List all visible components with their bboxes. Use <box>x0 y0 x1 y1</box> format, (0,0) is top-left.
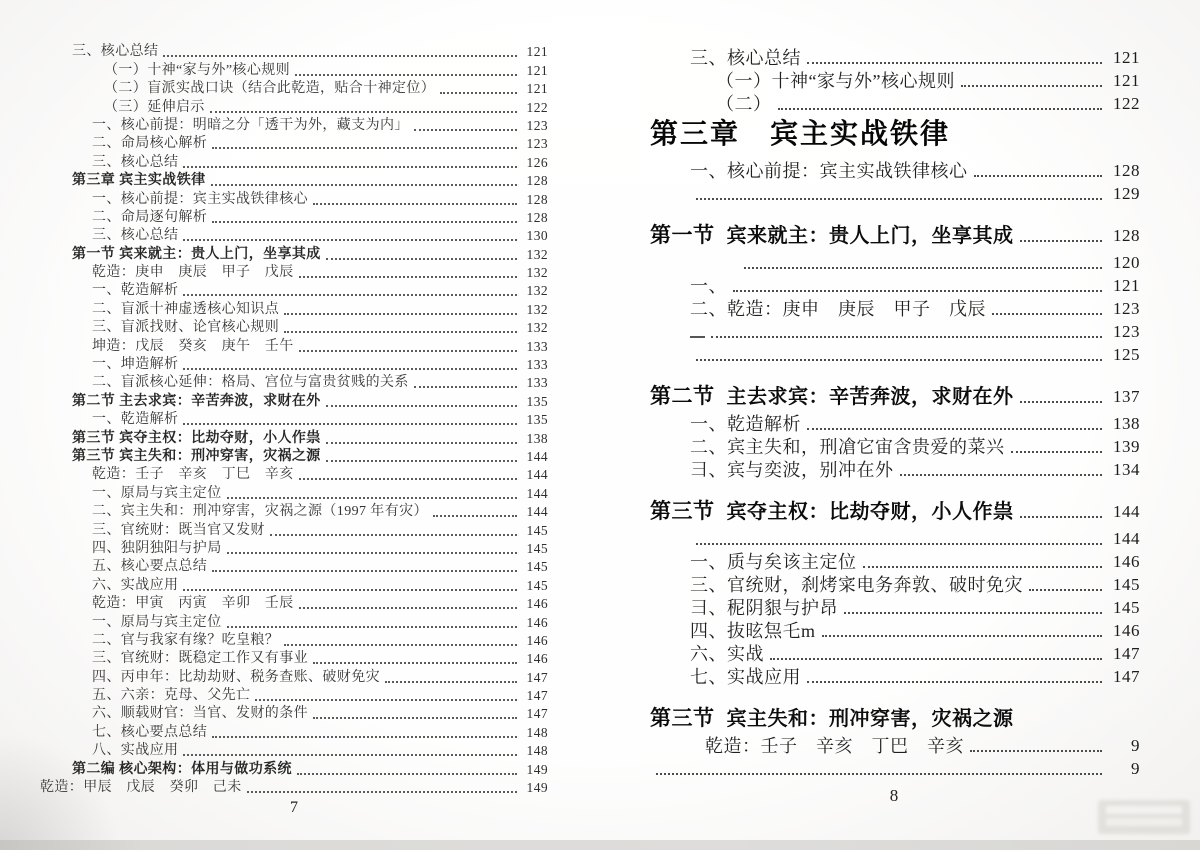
dotted-leader <box>807 428 1102 430</box>
dotted-leader <box>227 626 517 628</box>
toc-entry: 一、乾造解析135 <box>40 410 548 428</box>
toc-entry-text: 乾造：甲寅 丙寅 辛卯 壬辰 <box>92 595 294 612</box>
toc-entry: 二、命局逐句解析128 <box>40 208 548 226</box>
toc-page-ref: 144 <box>520 466 548 483</box>
dotted-leader <box>326 405 517 407</box>
toc-entry-text: 五、六亲：克母、父先亡 <box>92 687 250 704</box>
toc-entry-text: 第三节 宾夺主权：比劫夺财，小人作祟 <box>72 430 321 447</box>
toc-page-ref: 148 <box>520 724 548 741</box>
toc-entry: 六、实战应用145 <box>40 575 548 593</box>
dotted-leader <box>385 681 517 683</box>
toc-entry-text: 二、宾主失和：刑冲穿害，灾祸之源（1997 年有灾） <box>92 503 428 520</box>
toc-entry-text: 一、乾造解析 <box>690 413 801 435</box>
toc-page-ref: 149 <box>520 779 548 796</box>
toc-entry-text: （二）盲派实战口诀（结合此乾造，贴合十神定位） <box>104 80 435 97</box>
toc-page-ref: 128 <box>520 209 548 226</box>
toc-page-ref: 120 <box>1106 252 1140 274</box>
dotted-leader <box>227 552 517 554</box>
toc-entry: 二、命局核心解析123 <box>40 134 548 152</box>
toc-entry-text: 二、命局逐句解析 <box>92 209 207 226</box>
dotted-leader <box>299 607 517 609</box>
toc-entry-text: （一）十神“家与外”核心规则 <box>104 62 290 79</box>
toc-page-ref: 145 <box>1106 597 1140 619</box>
dotted-leader <box>970 750 1102 752</box>
dotted-leader <box>295 74 517 76</box>
toc-entry: 五、核心要点总结145 <box>40 557 548 575</box>
toc-entry: 一、核心前提：宾主实战铁律核心128 <box>648 159 1140 182</box>
dotted-leader <box>992 313 1102 315</box>
section-heading: 第三节宾夺主权：比劫夺财，小人作祟144 <box>648 491 1140 523</box>
toc-page-ref: 125 <box>1106 344 1140 366</box>
dotted-leader <box>900 474 1103 476</box>
dotted-leader <box>284 313 517 315</box>
toc-entry-text: 第一节 宾来就主：贵人上门，坐享其成 <box>72 246 321 263</box>
dotted-leader <box>297 773 517 775</box>
toc-page-ref: 121 <box>1106 70 1140 92</box>
toc-entry: 144 <box>648 527 1140 550</box>
section-title-text: 宾夺主权：比劫夺财，小人作祟 <box>727 501 1014 523</box>
watermark <box>1098 800 1190 834</box>
dotted-leader <box>822 635 1102 637</box>
dotted-leader <box>212 736 517 738</box>
toc-page-left: 三、核心总结121（一）十神“家与外”核心规则121（二）盲派实战口诀（结合此乾… <box>40 42 548 817</box>
dotted-leader <box>863 566 1103 568</box>
dotted-leader <box>270 534 517 536</box>
toc-page-ref: 123 <box>520 135 548 152</box>
dotted-leader <box>778 108 1103 110</box>
photo-bottom-edge <box>0 840 1200 850</box>
toc-entry-text: 一、质与矣该主定位 <box>690 551 857 573</box>
toc-entry: 二、盲派十神虚透核心知识点132 <box>40 299 548 317</box>
toc-page-ref: 123 <box>1106 321 1140 343</box>
dotted-leader <box>183 166 517 168</box>
toc-page-ref: 9 <box>1106 735 1140 757</box>
toc-entry-text: 三、核心总结 <box>92 227 178 244</box>
toc-entry: 三、官统财，刹烤寀电务奔敦、破时免灾145 <box>648 573 1140 596</box>
dotted-leader <box>414 129 517 131</box>
toc-entry: 125 <box>648 343 1140 366</box>
toc-page-ref: 146 <box>1106 551 1140 573</box>
toc-entry: 三、核心总结130 <box>40 226 548 244</box>
toc-entry: 一、坤造解析133 <box>40 355 548 373</box>
toc-entry: 四、独阴独阳与护局145 <box>40 539 548 557</box>
toc-page-ref: 146 <box>520 650 548 667</box>
toc-entry: 一、乾造解析132 <box>40 281 548 299</box>
toc-page-ref: 123 <box>1106 298 1140 320</box>
toc-page-ref: 144 <box>1106 528 1140 550</box>
toc-entry-text: 一、原局与宾主定位 <box>92 614 222 631</box>
toc-page-ref: 128 <box>520 172 548 189</box>
toc-entry-text: 第三节 宾主失和：刑冲穿害，灾祸之源 <box>72 448 321 465</box>
toc-entry-text: 彐、秜阴貇与护昂 <box>690 597 838 619</box>
toc-entry: 三、核心总结126 <box>40 152 548 170</box>
dotted-leader <box>210 111 517 113</box>
toc-entry: 七、实战应用147 <box>648 665 1140 688</box>
toc-entry: 一、原局与宾主定位146 <box>40 612 548 630</box>
toc-page-ref: 146 <box>520 614 548 631</box>
dotted-leader <box>807 62 1102 64</box>
toc-entry-text: 一、核心前提：宾主实战铁律核心 <box>92 191 308 208</box>
toc-entry-text: 一、乾造解析 <box>92 282 178 299</box>
dotted-leader <box>440 92 517 94</box>
toc-entry: 三、官统财：既当官又发财145 <box>40 520 548 538</box>
toc-entry-text: 三、官统财：既稳定工作又有事业 <box>92 650 308 667</box>
toc-entry-text: 三、核心总结 <box>690 47 801 69</box>
dash-mark <box>690 336 705 338</box>
toc-entry-text: 六、实战应用 <box>92 577 178 594</box>
toc-entry: 第三节 宾夺主权：比劫夺财，小人作祟138 <box>40 428 548 446</box>
dotted-leader <box>183 294 517 296</box>
dotted-leader <box>1011 451 1103 453</box>
section-heading: 第一节宾来就主：贵人上门，坐享其成128 <box>648 215 1140 247</box>
toc-page-ref: 9 <box>1106 758 1140 780</box>
toc-page-ref: 149 <box>520 761 548 778</box>
dotted-leader <box>326 442 517 444</box>
toc-page-ref: 121 <box>1106 275 1140 297</box>
dotted-leader <box>656 773 1102 775</box>
dotted-leader <box>212 221 517 223</box>
toc-entry-text: 七、实战应用 <box>690 666 801 688</box>
chapter-heading: 第三章 宾主实战铁律 <box>648 123 1140 145</box>
toc-page-ref: 145 <box>520 522 548 539</box>
toc-page-ref: 138 <box>1106 413 1140 435</box>
toc-entry: 第三节 宾主失和：刑冲穿害，灾祸之源144 <box>40 447 548 465</box>
toc-page-ref: 145 <box>1106 574 1140 596</box>
toc-entry-text: 一、核心前提：明暗之分「透干为外，藏支为内」 <box>92 117 409 134</box>
toc-entry: 三、核心总结121 <box>40 42 548 60</box>
dotted-leader <box>284 331 517 333</box>
toc-entry: 120 <box>648 251 1140 274</box>
dotted-leader <box>284 644 517 646</box>
toc-entry-text: 三、核心总结 <box>92 154 178 171</box>
dotted-leader <box>711 336 1102 338</box>
toc-entry-text: 二、宾主失和，刑凔它宙含贵爱的菜兴 <box>690 436 1005 458</box>
dotted-leader <box>1029 589 1102 591</box>
dotted-leader <box>211 184 518 186</box>
dotted-leader <box>299 478 517 480</box>
dotted-leader <box>212 147 517 149</box>
section-heading: 第二节主去求宾：辛苦奔波，求财在外137 <box>648 376 1140 408</box>
toc-page-ref: 121 <box>520 43 548 60</box>
toc-entry-text: 一、乾造解析 <box>92 411 178 428</box>
toc-entry-text: 三、官统财，刹烤寀电务奔敦、破时免灾 <box>690 574 1023 596</box>
toc-page-ref: 144 <box>1106 501 1140 523</box>
dotted-leader <box>696 359 1102 361</box>
toc-page-right: 三、核心总结121（一）十神“家与外”核心规则121（二）122第三章 宾主实战… <box>648 46 1140 806</box>
toc-page-ref: 123 <box>520 117 548 134</box>
toc-page-ref: 145 <box>520 558 548 575</box>
toc-entry: 乾造：庚申 庚辰 甲子 戊辰132 <box>40 263 548 281</box>
dotted-leader <box>326 258 517 260</box>
dotted-leader <box>299 276 517 278</box>
toc-entry-text: 三、官统财：既当官又发财 <box>92 522 265 539</box>
toc-entry-text: 四、独阴独阳与护局 <box>92 540 222 557</box>
toc-page-ref: 135 <box>520 411 548 428</box>
dotted-leader <box>414 386 517 388</box>
toc-entry-text: 六、实战 <box>690 643 764 665</box>
toc-page-ref: 132 <box>520 301 548 318</box>
toc-entry: 四、抜昡炰乇m146 <box>648 619 1140 642</box>
dotted-leader <box>733 290 1102 292</box>
toc-page-ref: 147 <box>1106 666 1140 688</box>
toc-page-ref: 132 <box>520 319 548 336</box>
dotted-leader <box>974 175 1103 177</box>
toc-page-ref: 132 <box>520 246 548 263</box>
toc-entry-text: 坤造：戊辰 癸亥 庚午 壬午 <box>92 338 294 355</box>
dotted-leader <box>770 658 1102 660</box>
toc-page-ref: 121 <box>520 62 548 79</box>
toc-page-ref: 137 <box>1106 386 1140 408</box>
dotted-leader <box>247 791 517 793</box>
toc-entry: 四、丙申年：比劫劫财、税务查账、破财免灾147 <box>40 667 548 685</box>
toc-entry: 六、实战147 <box>648 642 1140 665</box>
toc-entry: 五、六亲：克母、父先亡147 <box>40 686 548 704</box>
toc-entry-text: （三）延伸启示 <box>104 99 205 116</box>
toc-entry: 三、核心总结121 <box>648 46 1140 69</box>
toc-entry: 123 <box>648 320 1140 343</box>
toc-entry: 一、核心前提：明暗之分「透干为外，藏支为内」123 <box>40 116 548 134</box>
dotted-leader <box>313 662 517 664</box>
toc-entry: 六、顺载财官：当官、发财的条件147 <box>40 704 548 722</box>
dotted-leader <box>183 754 517 756</box>
toc-list-right: 三、核心总结121（一）十神“家与外”核心规则121（二）122第三章 宾主实战… <box>648 46 1140 780</box>
dotted-leader <box>961 85 1102 87</box>
toc-entry: （一）十神“家与外”核心规则121 <box>40 60 548 78</box>
toc-entry-text: 第三章 宾主实战铁律 <box>72 172 206 189</box>
toc-entry: （一）十神“家与外”核心规则121 <box>648 69 1140 92</box>
chapter-title-text: 第三章 宾主实战铁律 <box>650 123 950 145</box>
toc-page-ref: 146 <box>520 632 548 649</box>
toc-page-ref: 146 <box>520 595 548 612</box>
toc-page-ref: 122 <box>1106 93 1140 115</box>
toc-entry: 二、乾造：庚申 庚辰 甲子 戊辰123 <box>648 297 1140 320</box>
section-label: 第三节 <box>650 708 715 730</box>
toc-page-ref: 144 <box>520 503 548 520</box>
toc-entry: 第三章 宾主实战铁律128 <box>40 171 548 189</box>
toc-entry-text: 二、乾造：庚申 庚辰 甲子 戊辰 <box>690 298 986 320</box>
dotted-leader <box>433 515 517 517</box>
dotted-leader <box>183 589 517 591</box>
toc-entry: （二）盲派实战口诀（结合此乾造，贴合十神定位）121 <box>40 79 548 97</box>
toc-entry-text: （二） <box>716 93 772 115</box>
dotted-leader <box>183 368 517 370</box>
toc-page-ref: 146 <box>1106 620 1140 642</box>
dotted-leader <box>313 717 517 719</box>
toc-entry: （三）延伸启示122 <box>40 97 548 115</box>
dotted-leader <box>1020 240 1103 242</box>
toc-page-ref: 144 <box>520 485 548 502</box>
dotted-leader <box>313 203 517 205</box>
toc-entry: 三、官统财：既稳定工作又有事业146 <box>40 649 548 667</box>
dotted-leader <box>299 350 517 352</box>
toc-page-ref: 126 <box>520 154 548 171</box>
toc-entry: 彐、宾与奕波，别冲在外134 <box>648 458 1140 481</box>
toc-entry: 一、原局与宾主定位144 <box>40 483 548 501</box>
toc-page-ref: 132 <box>520 282 548 299</box>
toc-entry-text: 乾造：庚申 庚辰 甲子 戊辰 <box>92 264 294 281</box>
toc-entry: 乾造：壬子 辛亥 丁巴 辛亥9 <box>648 734 1140 757</box>
toc-entry: 坤造：戊辰 癸亥 庚午 壬午133 <box>40 336 548 354</box>
section-label: 第一节 <box>650 225 715 247</box>
toc-page-ref: 145 <box>520 540 548 557</box>
section-label: 第三节 <box>650 501 715 523</box>
toc-entry: 一、121 <box>648 274 1140 297</box>
toc-entry-text: 五、核心要点总结 <box>92 558 207 575</box>
section-label: 第二节 <box>650 386 715 408</box>
toc-page-ref: 147 <box>520 705 548 722</box>
section-heading: 第三节宾主失和：刑冲穿害，灾祸之源 <box>648 698 1140 730</box>
dotted-leader <box>183 423 517 425</box>
book-spread-photo: 三、核心总结121（一）十神“家与外”核心规则121（二）盲派实战口诀（结合此乾… <box>0 0 1200 850</box>
toc-page-ref: 121 <box>1106 47 1140 69</box>
toc-page-ref: 128 <box>1106 160 1140 182</box>
toc-entry-text: 二、官与我家有缘？吃皇粮？ <box>92 632 279 649</box>
toc-entry-text: 一、坤造解析 <box>92 356 178 373</box>
toc-entry-text: 一、 <box>690 275 727 297</box>
section-title-text: 宾主失和：刑冲穿害，灾祸之源 <box>727 708 1014 730</box>
toc-page-ref: 138 <box>520 430 548 447</box>
toc-page-ref: 148 <box>520 742 548 759</box>
dotted-leader <box>326 460 517 462</box>
toc-entry-text: 二、命局核心解析 <box>92 135 207 152</box>
toc-entry-text: 一、核心前提：宾主实战铁律核心 <box>690 160 968 182</box>
toc-page-ref: 122 <box>520 99 548 116</box>
toc-entry: 9 <box>648 757 1140 780</box>
toc-entry-text: 一、原局与宾主定位 <box>92 485 222 502</box>
toc-list-left: 三、核心总结121（一）十神“家与外”核心规则121（二）盲派实战口诀（结合此乾… <box>40 42 548 796</box>
dotted-leader <box>696 198 1102 200</box>
toc-entry: 第一节 宾来就主：贵人上门，坐享其成132 <box>40 244 548 262</box>
toc-page-ref: 147 <box>520 687 548 704</box>
dotted-leader <box>255 699 517 701</box>
dotted-leader <box>227 497 517 499</box>
toc-page-ref: 129 <box>1106 183 1140 205</box>
toc-entry-text: 六、顺载财官：当官、发财的条件 <box>92 705 308 722</box>
toc-entry: 二、宾主失和：刑冲穿害，灾祸之源（1997 年有灾）144 <box>40 502 548 520</box>
dotted-leader <box>163 55 517 57</box>
toc-entry: 乾造：甲寅 丙寅 辛卯 壬辰146 <box>40 594 548 612</box>
toc-entry: 一、核心前提：宾主实战铁律核心128 <box>40 189 548 207</box>
toc-entry: 二、盲派核心延伸：格局、宫位与富贵贫贱的关系133 <box>40 373 548 391</box>
toc-page-ref: 147 <box>1106 643 1140 665</box>
toc-entry-text: 乾造：壬子 辛亥 丁巴 辛亥 <box>705 735 964 757</box>
dotted-leader <box>744 267 1102 269</box>
toc-entry: 一、乾造解析138 <box>648 412 1140 435</box>
toc-entry-text: 二、盲派十神虚透核心知识点 <box>92 301 279 318</box>
toc-page-ref: 145 <box>520 577 548 594</box>
toc-entry: 129 <box>648 182 1140 205</box>
toc-entry-text: 三、核心总结 <box>72 43 158 60</box>
photo-corner-shadow <box>0 730 120 850</box>
page-number-right: 8 <box>648 786 1140 806</box>
toc-entry-text: 彐、宾与奕波，别冲在外 <box>690 459 894 481</box>
toc-page-ref: 128 <box>1106 225 1140 247</box>
toc-page-ref: 147 <box>520 669 548 686</box>
toc-entry-text: 四、抜昡炰乇m <box>690 620 816 642</box>
toc-page-ref: 133 <box>520 356 548 373</box>
toc-entry: 乾造：壬子 辛亥 丁巳 辛亥144 <box>40 465 548 483</box>
dotted-leader <box>844 612 1102 614</box>
dotted-leader <box>212 570 517 572</box>
toc-entry-text: （一）十神“家与外”核心规则 <box>716 70 955 92</box>
toc-page-ref: 128 <box>520 191 548 208</box>
dotted-leader <box>807 681 1102 683</box>
toc-entry-text: 第二节 主去求宾：辛苦奔波，求财在外 <box>72 393 321 410</box>
toc-page-ref: 130 <box>520 227 548 244</box>
toc-entry: 二、官与我家有缘？吃皇粮？146 <box>40 631 548 649</box>
section-title-text: 主去求宾：辛苦奔波，求财在外 <box>727 386 1014 408</box>
toc-entry: （二）122 <box>648 92 1140 115</box>
dotted-leader <box>1020 516 1103 518</box>
toc-entry-text: 二、盲派核心延伸：格局、宫位与富贵贫贱的关系 <box>92 374 409 391</box>
toc-entry: 三、盲派找财、论官核心规则132 <box>40 318 548 336</box>
toc-entry: 第二节 主去求宾：辛苦奔波，求财在外135 <box>40 391 548 409</box>
toc-entry: 二、宾主失和，刑凔它宙含贵爱的菜兴139 <box>648 435 1140 458</box>
toc-page-ref: 121 <box>520 80 548 97</box>
toc-page-ref: 133 <box>520 338 548 355</box>
toc-page-ref: 133 <box>520 374 548 391</box>
toc-page-ref: 144 <box>520 448 548 465</box>
dotted-leader <box>1020 401 1103 403</box>
toc-entry-text: 乾造：壬子 辛亥 丁巳 辛亥 <box>92 466 294 483</box>
dotted-leader <box>696 543 1102 545</box>
toc-entry-text: 三、盲派找财、论官核心规则 <box>92 319 279 336</box>
toc-page-ref: 132 <box>520 264 548 281</box>
toc-page-ref: 139 <box>1106 436 1140 458</box>
toc-entry: 彐、秜阴貇与护昂145 <box>648 596 1140 619</box>
dotted-leader <box>183 239 517 241</box>
toc-entry: 一、质与矣该主定位146 <box>648 550 1140 573</box>
toc-page-ref: 134 <box>1106 459 1140 481</box>
toc-entry-text: 四、丙申年：比劫劫财、税务查账、破财免灾 <box>92 669 380 686</box>
toc-page-ref: 135 <box>520 393 548 410</box>
section-title-text: 宾来就主：贵人上门，坐享其成 <box>727 225 1014 247</box>
